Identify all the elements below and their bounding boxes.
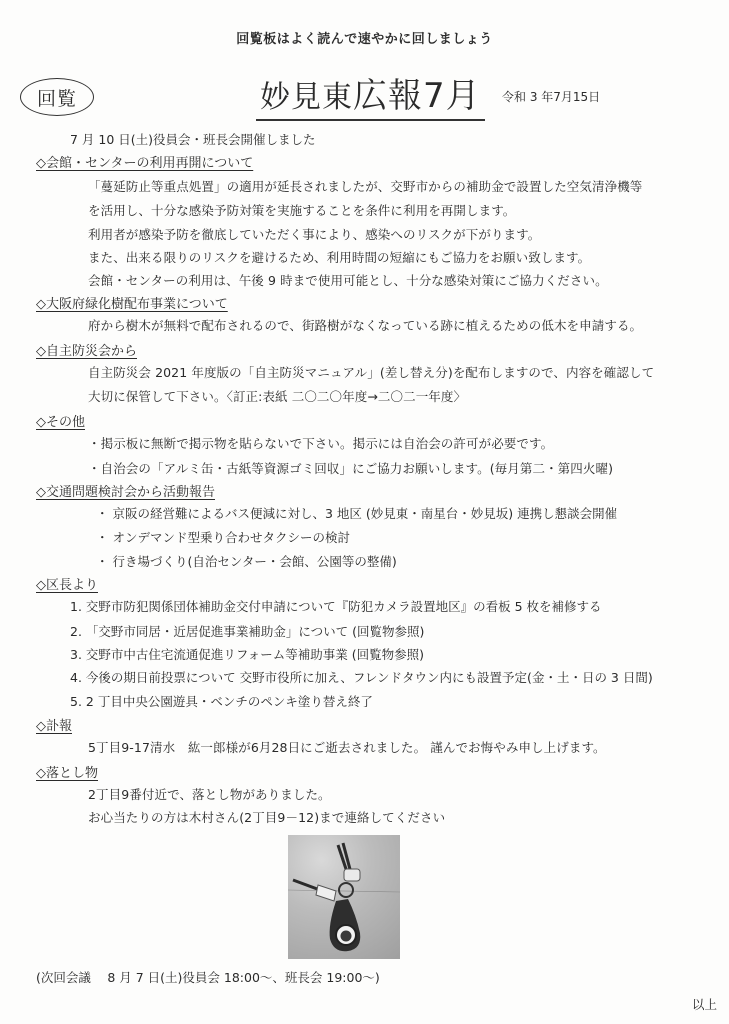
meeting-intro: 7 月 10 日(土)役員会・班長会開催しました	[70, 130, 316, 148]
title-bulletin-month: 広報7月	[353, 76, 481, 116]
page-title: 妙見東広報7月	[256, 68, 485, 121]
numbered-item: 1. 交野市防犯関係団体補助金交付申請について『防犯カメラ設置地区』の看板 5 …	[70, 597, 602, 615]
section-line: 自主防災会 2021 年度版の「自主防災マニュアル」(差し替え分)を配布しますの…	[88, 363, 654, 381]
section-line: お心当たりの方は木村さん(2丁目9－12)まで連絡してください	[88, 808, 445, 826]
section-line: 府から樹木が無料で配布されるので、街路樹がなくなっている跡に植えるための低木を申…	[88, 316, 642, 334]
issue-date: 令和 3 年7月15日	[502, 88, 600, 105]
section-heading-disaster-prevention: ◇自主防災会から	[36, 340, 137, 359]
keys-keychain-icon	[288, 835, 400, 959]
section-heading-facility-reopening: ◇会館・センターの利用再開について	[36, 152, 253, 171]
section-line: 5丁目9-17清水 紘一郎様が6月28日にご逝去されました。 謹んでお悔やみ申し…	[88, 738, 606, 756]
section-line: また、出来る限りのリスクを避けるため、利用時間の短縮にもご協力をお願い致します。	[88, 248, 590, 266]
section-line: 2丁目9番付近で、落とし物がありました。	[88, 785, 331, 803]
section-line: を活用し、十分な感染予防対策を実施することを条件に利用を再開します。	[88, 201, 515, 219]
next-meeting-note: (次回会議 8 月 7 日(土)役員会 18:00～、班長会 19:00～)	[36, 968, 380, 986]
lost-keys-photo	[288, 835, 400, 959]
section-heading-traffic-committee: ◇交通問題検討会から活動報告	[36, 481, 215, 500]
section-line: ・掲示板に無断で掲示物を貼らないで下さい。掲示には自治会の許可が必要です。	[88, 434, 553, 452]
section-heading-obituary: ◇訃報	[36, 715, 72, 734]
numbered-item: 4. 今後の期日前投票について 交野市役所に加え、フレンドタウン内にも設置予定(…	[70, 668, 653, 686]
kairan-badge-label: 回覧	[37, 84, 77, 111]
closing-mark: 以上	[692, 995, 717, 1013]
section-heading-greening-trees: ◇大阪府緑化樹配布事業について	[36, 293, 228, 312]
kairan-badge: 回覧	[20, 78, 94, 116]
section-heading-lost-item: ◇落とし物	[36, 762, 98, 781]
section-line: ・ 京阪の経営難によるバス便減に対し、3 地区 (妙見東・南星台・妙見坂) 連携…	[96, 504, 617, 522]
section-line: ・ 行き場づくり(自治センター・会館、公園等の整備)	[96, 552, 397, 570]
numbered-item: 5. 2 丁目中央公園遊具・ベンチのペンキ塗り替え終了	[70, 692, 373, 710]
section-line: 大切に保管して下さい。〈訂正:表紙 二〇二〇年度→二〇二一年度〉	[88, 387, 466, 405]
numbered-item: 2. 「交野市同居・近居促進事業補助金」について (回覧物参照)	[70, 622, 424, 640]
section-heading-ward-chief: ◇区長より	[36, 574, 98, 593]
section-line: 利用者が感染予防を徹底していただく事により、感染へのリスクが下がります。	[88, 225, 540, 243]
numbered-item: 3. 交野市中古住宅流通促進リフォーム等補助事業 (回覧物参照)	[70, 645, 424, 663]
section-line: ・自治会の「アルミ缶・古紙等資源ゴミ回収」にご協力お願いします。(毎月第二・第四…	[88, 459, 613, 477]
circulation-reminder: 回覧板はよく読んで速やかに回しましょう	[0, 28, 729, 47]
section-heading-other: ◇その他	[36, 411, 85, 430]
section-line: ・ オンデマンド型乗り合わせタクシーの検討	[96, 528, 350, 546]
section-line: 「蔓延防止等重点処置」の適用が延長されましたが、交野市からの補助金で設置した空気…	[88, 177, 642, 195]
section-line: 会館・センターの利用は、午後 9 時まで使用可能とし、十分な感染対策にご協力くだ…	[88, 271, 608, 289]
title-area-name: 妙見東	[260, 80, 353, 115]
